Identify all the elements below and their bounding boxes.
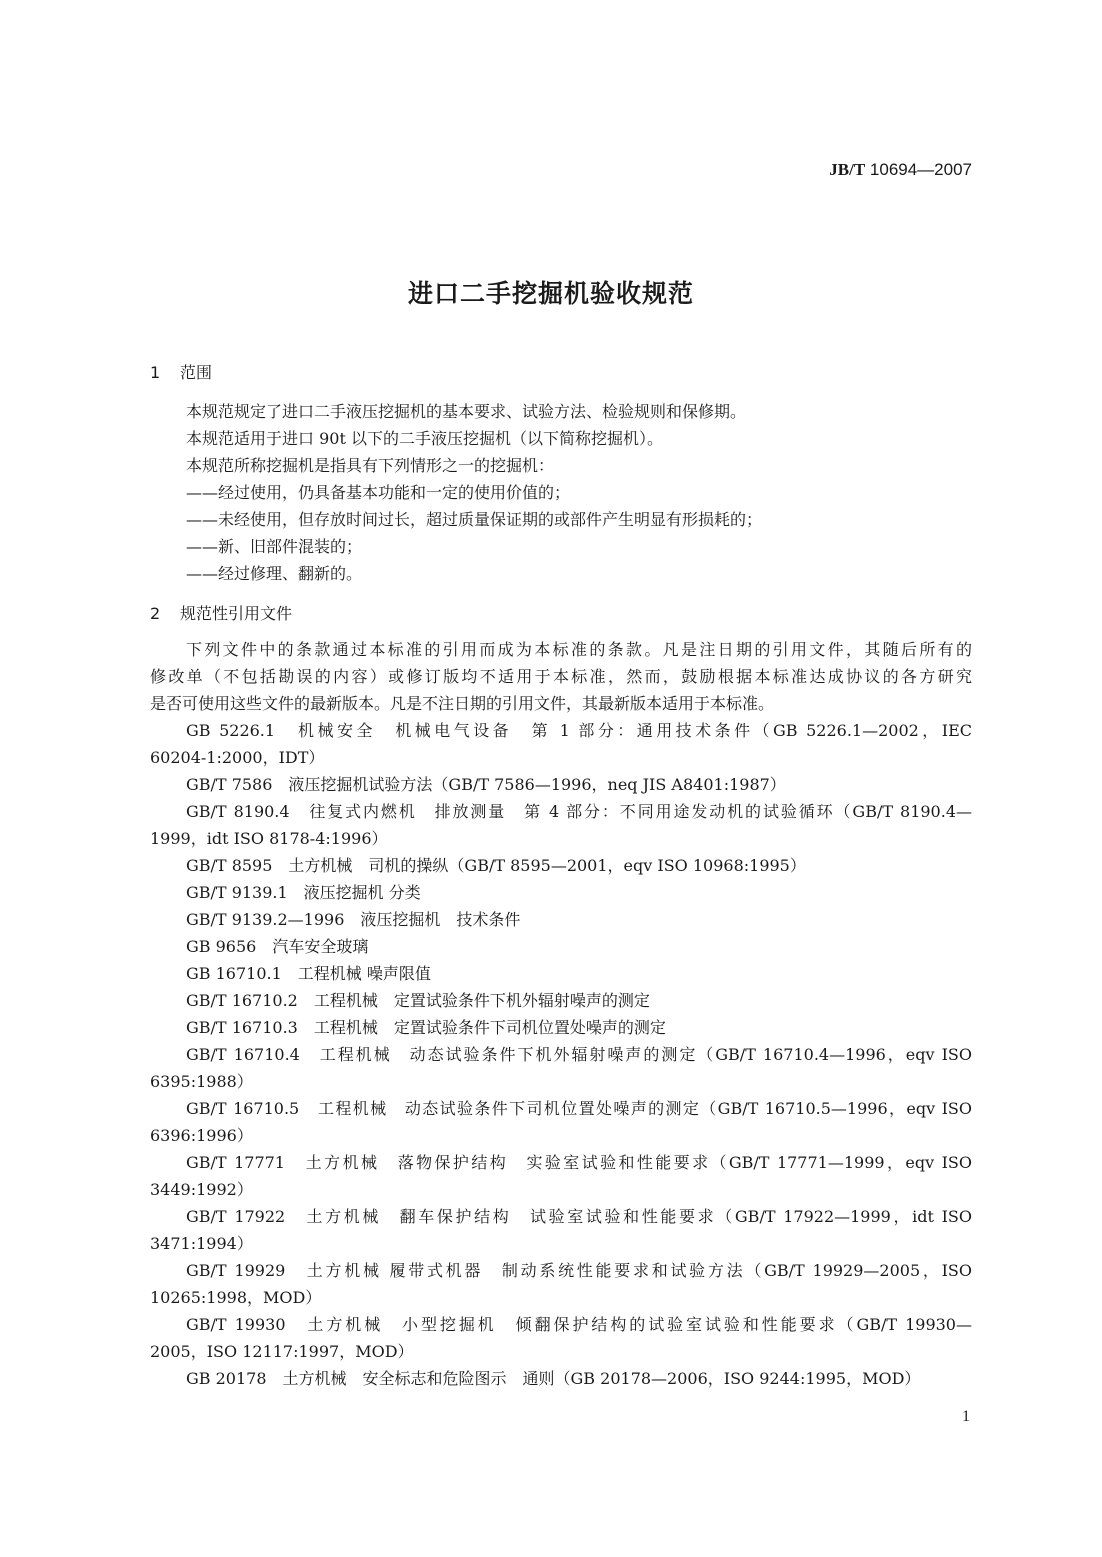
scope-line: 本规范适用于进口 90t 以下的二手液压挖掘机（以下简称挖掘机）。 [186,429,663,449]
reference-item-cont: 1999，idt ISO 8178-4:1996） [150,829,388,849]
scope-line: 本规范规定了进口二手液压挖掘机的基本要求、试验方法、检验规则和保修期。 [186,402,746,422]
intro-line: 下列文件中的条款通过本标准的引用而成为本标准的条款。凡是注日期的引用文件，其随后… [186,640,972,660]
reference-item: GB 5226.1 机械安全 机械电气设备 第 1 部分：通用技术条件（GB 5… [186,721,972,741]
section-number: 2 [150,604,180,623]
reference-item-cont: 10265:1998，MOD） [150,1288,321,1308]
reference-item-cont: 60204-1:2000，IDT） [150,748,324,768]
document-title: 进口二手挖掘机验收规范 [0,274,1102,310]
section-title: 范围 [180,363,212,382]
reference-item: GB 9656 汽车安全玻璃 [186,937,368,957]
section-number: 1 [150,363,180,382]
reference-item: GB/T 8595 土方机械 司机的操纵（GB/T 8595—2001，eqv … [186,856,806,876]
standard-code: JB/T 10694—2007 [829,160,972,180]
reference-item-cont: 2005，ISO 12117:1997，MOD） [150,1342,414,1362]
intro-line: 是否可使用这些文件的最新版本。凡是不注日期的引用文件，其最新版本适用于本标准。 [150,694,774,714]
scope-line: 本规范所称挖掘机是指具有下列情形之一的挖掘机： [186,456,554,476]
reference-item: GB/T 16710.4 工程机械 动态试验条件下机外辐射噪声的测定（GB/T … [186,1045,972,1065]
section-2-heading: 2规范性引用文件 [150,601,292,624]
scope-list-item: ——新、旧部件混装的； [186,537,362,557]
intro-line: 修改单（不包括勘误的内容）或修订版均不适用于本标准，然而，鼓励根据本标准达成协议… [150,667,972,687]
reference-item: GB 16710.1 工程机械 噪声限值 [186,964,431,984]
standard-number: 10694—2007 [870,160,972,179]
reference-item: GB/T 8190.4 往复式内燃机 排放测量 第 4 部分：不同用途发动机的试… [186,802,972,822]
reference-item: GB/T 19930 土方机械 小型挖掘机 倾翻保护结构的试验室试验和性能要求（… [186,1315,972,1335]
reference-item: GB/T 17771 土方机械 落物保护结构 实验室试验和性能要求（GB/T 1… [186,1153,972,1173]
reference-item: GB/T 16710.3 工程机械 定置试验条件下司机位置处噪声的测定 [186,1018,666,1038]
scope-list-item: ——经过修理、翻新的。 [186,564,362,584]
reference-item: GB/T 9139.2—1996 液压挖掘机 技术条件 [186,910,520,930]
scope-list-item: ——未经使用，但存放时间过长，超过质量保证期的或部件产生明显有形损耗的； [186,510,762,530]
reference-item-cont: 6395:1988） [150,1072,253,1092]
reference-item: GB/T 19929 土方机械 履带式机器 制动系统性能要求和试验方法（GB/T… [186,1261,972,1281]
section-title: 规范性引用文件 [180,604,292,623]
scope-list-item: ——经过使用，仍具备基本功能和一定的使用价值的； [186,483,570,503]
reference-item-cont: 3449:1992） [150,1180,253,1200]
reference-item-cont: 6396:1996） [150,1126,253,1146]
reference-item: GB/T 16710.5 工程机械 动态试验条件下司机位置处噪声的测定（GB/T… [186,1099,972,1119]
section-1-heading: 1范围 [150,360,212,383]
reference-item: GB/T 7586 液压挖掘机试验方法（GB/T 7586—1996，neq J… [186,775,786,795]
standard-prefix: JB/T [829,160,865,179]
reference-item: GB/T 16710.2 工程机械 定置试验条件下机外辐射噪声的测定 [186,991,650,1011]
reference-item-cont: 3471:1994） [150,1234,253,1254]
reference-item: GB/T 9139.1 液压挖掘机 分类 [186,883,421,903]
reference-item: GB 20178 土方机械 安全标志和危险图示 通则（GB 20178—2006… [186,1369,920,1389]
reference-item: GB/T 17922 土方机械 翻车保护结构 试验室试验和性能要求（GB/T 1… [186,1207,972,1227]
page-number: 1 [962,1408,970,1426]
